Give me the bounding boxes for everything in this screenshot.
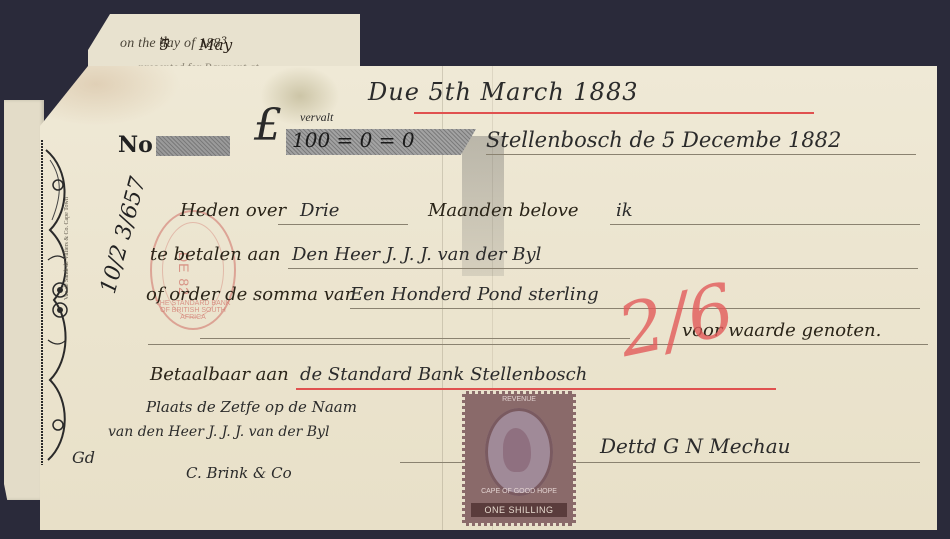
rule-line — [148, 344, 928, 345]
printed-heden-over: Heden over — [180, 200, 286, 221]
handwritten-day-suffix: th — [160, 36, 171, 47]
handwritten-month: May — [199, 36, 232, 54]
number-field — [156, 136, 230, 156]
handwritten-ik: ik — [616, 200, 633, 221]
stain — [40, 66, 180, 126]
printer-imprint: Van de Sandt de Villiers & Co. Cape Town — [64, 197, 70, 300]
folded-tab — [4, 100, 44, 500]
drawer-signature: Dettd G N Mechau — [600, 434, 791, 458]
rule-line — [486, 154, 916, 155]
scanned-document: on the 5th day of May1883 presented for … — [0, 0, 950, 539]
back-slip-date-line: on the 5th day of May1883 — [120, 36, 221, 52]
amount-value: 100 = 0 = 0 — [292, 128, 415, 152]
endorsement-line-2: van den Heer J. J. J. van der Byl — [108, 424, 329, 440]
rule-line — [288, 268, 918, 269]
printed-text: on the — [120, 36, 156, 51]
handwritten-payee: Den Heer J. J. J. van der Byl — [292, 244, 541, 265]
revenue-stamp: REVENUE CAPE OF GOOD HOPE ONE SHILLING — [462, 391, 576, 526]
printed-te-betalen-aan: te betalen aan — [150, 244, 281, 265]
place-and-date: Stellenbosch de 5 Decembe 1882 — [486, 128, 841, 152]
number-label-text: No — [118, 132, 153, 158]
revenue-stamp-top-text: REVENUE — [471, 396, 567, 403]
back-slip: on the 5th day of May1883 presented for … — [88, 14, 360, 74]
handwritten-payable-at: de Standard Bank Stellenbosch — [300, 364, 587, 385]
handwritten-year-digit: 3 — [221, 36, 228, 47]
red-underline — [296, 388, 776, 390]
red-underline — [414, 112, 814, 114]
handwritten-term: Drie — [300, 200, 339, 221]
rule-line — [278, 224, 408, 225]
printed-maanden-belove: Maanden belove — [428, 200, 579, 221]
endorsement-signature: C. Brink & Co — [186, 464, 292, 482]
due-date-handwritten: Due 5th March 1883 — [368, 78, 639, 106]
endorsement-line-1: Plaats de Zetfe op de Naam — [146, 398, 357, 416]
vervalt-label: vervalt — [300, 110, 333, 125]
rule-line — [200, 338, 630, 339]
endorsement-abbr: Gd — [72, 448, 95, 467]
pound-sign: £ — [254, 100, 282, 151]
printed-of-order: of order de somma van — [146, 284, 356, 305]
printed-betaalbaar-aan: Betaalbaar aan — [150, 364, 289, 385]
handwritten-sum: Een Honderd Pond sterling — [350, 284, 599, 305]
queen-portrait-icon — [503, 428, 531, 472]
number-label: No — [118, 132, 153, 158]
bank-stamp: DE 82 THE STANDARD BANK OF BRITISH SOUTH… — [150, 210, 236, 330]
revenue-stamp-value: ONE SHILLING — [471, 503, 567, 517]
revenue-stamp-side-text: CAPE OF GOOD HOPE — [471, 488, 567, 495]
ornamental-border-icon — [40, 140, 76, 465]
rule-line — [610, 224, 920, 225]
